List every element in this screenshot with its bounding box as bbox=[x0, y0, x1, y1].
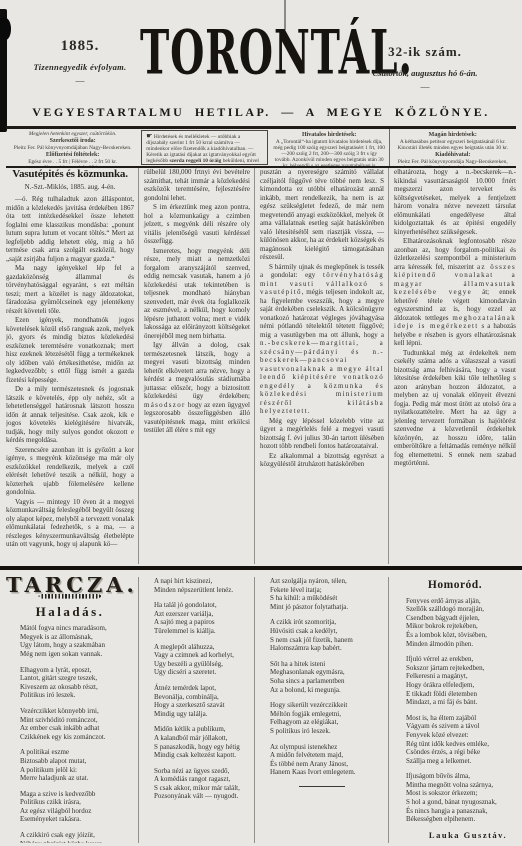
dash-ornament: — bbox=[24, 76, 136, 86]
poem-line: Politikus iró leszek. bbox=[20, 691, 134, 700]
subscription-prices-2: Negyed évre . . 1 frt 25 kr. bbox=[9, 165, 136, 166]
poem-line: Halomszámra kap babért. bbox=[270, 644, 384, 653]
body-text: De a mily természetesnek és jogosnak lát… bbox=[6, 385, 134, 444]
poem-line: Politikus czikk irásra, bbox=[20, 798, 134, 807]
body-text: pusztán a nyereségre számitó vállalat cz… bbox=[260, 168, 384, 261]
feuilleton-divider-rule bbox=[0, 566, 522, 570]
poem-line: Vezérczikket könnyebb irni, bbox=[20, 707, 134, 716]
article-paragraph: Vagyis — mintegy 10 éven át a megyei köz… bbox=[6, 498, 134, 549]
poem-line: Hogy órákra elfeledjem, bbox=[406, 681, 516, 690]
article-paragraph: S bármily ujnak és meglepőnek is tessék … bbox=[260, 263, 384, 416]
poem-line: Mindazt, a mi fáj és bánt. bbox=[406, 698, 516, 707]
poem-line: Békességben elpihenem. bbox=[406, 815, 516, 824]
subscription-label: Előfizetési föltételek: bbox=[9, 152, 136, 158]
feuilleton-column-3: Azt szolgálja nyáron, télen,Fekete lével… bbox=[254, 577, 384, 843]
masthead-right: 32-ik szám. Csütörtök, augusztus hó 6-án… bbox=[340, 44, 510, 92]
poem-line: És a lombok közt, tövisében, bbox=[406, 631, 516, 640]
info-cell-subscription: Megjelen hetenkint egyszer, csütörtökön.… bbox=[6, 129, 139, 166]
emphasized-text: másodszor bbox=[144, 401, 186, 409]
poem-line: A politikum jelöl ki: bbox=[20, 766, 134, 775]
poem-line: Mint jó pásztor folytathatja. bbox=[270, 603, 384, 612]
private-ads-text: A kéthasábos petitsor egyszeri beigtatás… bbox=[393, 139, 513, 151]
poem-line: Felhagyom az elégiákat, bbox=[270, 718, 384, 727]
article-paragraph: Igy állván a dolog, csak természetesnek … bbox=[144, 341, 250, 435]
masthead-info-bar: Megjelen hetenkint egyszer, csütörtökön.… bbox=[6, 126, 516, 168]
poem-line: Pozsonyának vált — nyugodt. bbox=[154, 792, 250, 801]
poem-line: A midőn felvétetem majd, bbox=[270, 751, 384, 760]
body-text: Ma nagy igényekkel lép fel a gazdaközöns… bbox=[6, 264, 134, 315]
poem-stanza: A czikkiró csak egy jóizüt,Néhány phrázi… bbox=[20, 831, 134, 843]
poem-line: És nincs hangja a panasznak, bbox=[406, 807, 516, 816]
poem-line: Most is sokszor érkezem; bbox=[406, 789, 516, 798]
poem-stanza: Midőn kétlik a publikum,A kalandból már … bbox=[154, 725, 250, 759]
poem-line: Meghasonlanak egymásra, bbox=[270, 668, 384, 677]
poem-line: Bevonálja, combinálja, bbox=[154, 693, 250, 702]
poem-line: A kalandból már jóllakott, bbox=[154, 734, 250, 743]
article-paragraph: Ezen igények, mondhatnók jogos követelés… bbox=[6, 316, 134, 384]
poem-line: Rég tünt idők kedves emléke, bbox=[406, 740, 516, 749]
poem-line: Kiveszem az okosabb részt, bbox=[20, 683, 134, 692]
article-paragraph: S im érkeztünk meg azon pontra, hol a kö… bbox=[144, 203, 250, 246]
official-ads-label: Hivatalos hirdetések: bbox=[273, 132, 386, 138]
body-text: Még egy lépéssel közelebb vitte az ügyet… bbox=[260, 417, 384, 451]
poem-stanza: A politikai eszmeBiztosabb alapot mutat,… bbox=[20, 748, 134, 782]
article-paragraph: Szerencsére azonban itt is győzött a kor… bbox=[6, 446, 134, 497]
editorial-office-text: Pleitz Fer. Pál könyvnyomdájában Nagy-Be… bbox=[9, 145, 136, 151]
editorial-office-label: Szerkesztői iroda: bbox=[9, 138, 136, 144]
poem-line: S nem csak jól fizetik, hanem bbox=[270, 636, 384, 645]
body-text: Ismeretes, hogy megyénk déli része, mely… bbox=[144, 247, 250, 340]
article-paragraph: elhatározta, hogy a n.-becskerek—n.-kiki… bbox=[394, 168, 516, 236]
poem-line: Soha sincs a parlamentben bbox=[270, 677, 384, 686]
poem-line: Mindig ugy találja. bbox=[154, 710, 250, 719]
poem-line: Fekete lével itatja; bbox=[270, 586, 384, 595]
newspaper-page: 1885. Tizennegyedik évfolyam. — TORONTÁL… bbox=[0, 0, 522, 846]
masthead: 1885. Tizennegyedik évfolyam. — TORONTÁL… bbox=[0, 4, 522, 126]
poem-line: Hogy a szerkesztő szavát bbox=[154, 701, 250, 710]
poem-line: Az ember csak inkább adhat bbox=[20, 724, 134, 733]
body-text: Vagyis — mintegy 10 éven át a megyei köz… bbox=[6, 498, 134, 549]
private-ads-label: Magán hirdetések: bbox=[393, 132, 513, 138]
poem-line: E tikkadt földi életemben bbox=[406, 690, 516, 699]
poem-line: Megyek is az állomásnak, bbox=[20, 633, 134, 642]
poem-line: Mintha megnőtt volna szárnya, bbox=[406, 781, 516, 790]
poem-stanza: Sorba nézi az ügyes szedő,A komédiás ran… bbox=[154, 767, 250, 801]
poem-line: Ugy látom, hogy a szakmában bbox=[20, 641, 134, 650]
poem-stanza: Az olympusi istenekhezA midőn felvétetem… bbox=[270, 743, 384, 777]
pointing-hand-icon: ☛ bbox=[146, 132, 152, 140]
poem-line: Hogy sikerült vezérczikkeit bbox=[270, 701, 384, 710]
poem-line: Hanem Kaas Ivort emlegetem. bbox=[270, 768, 384, 777]
poem-signature: Lauka Gusztáv. bbox=[394, 831, 516, 840]
poem-line: Sőt ha a hitek isteni bbox=[270, 660, 384, 669]
article-paragraph: Ismeretes, hogy megyénk déli része, mely… bbox=[144, 247, 250, 341]
poem-line: S hol a gond, bánat nyugosznak, bbox=[406, 798, 516, 807]
poem-line: Fenyvek közé elvezet: bbox=[406, 731, 516, 740]
article-paragraph: Ma nagy igényekkel lép fel a gazdaközöns… bbox=[6, 264, 134, 315]
poem-stanza: Mától fogva nincs maradásom,Megyek is az… bbox=[20, 624, 134, 658]
poem-stanza: Fenyves erdő árnyas alján,Szellők szálld… bbox=[406, 597, 516, 649]
poem-line: Ha talál jó gondolatot, bbox=[154, 601, 250, 610]
body-text: elhatározta, hogy a n.-becskerek—n.-kiki… bbox=[394, 168, 516, 236]
poem-line: Minden népszerütlent lenéz. bbox=[154, 586, 250, 595]
poem-line: Lantot, gitárt szegre teszek, bbox=[20, 674, 134, 683]
poem-title: Homoród. bbox=[394, 581, 516, 590]
poem-line: Merre haladjunk az utat. bbox=[20, 774, 134, 783]
feuilleton-section: TÁRCZA.Haladás.Mától fogva nincs maradás… bbox=[6, 577, 516, 843]
body-text: , mégis teljesen indokolt az, ha figyele… bbox=[260, 288, 384, 339]
poem-line: S ha kihül: a működését bbox=[270, 594, 384, 603]
info-cell-official-ads: Hivatalos hirdetések: A „Torontál“-ba ig… bbox=[270, 129, 390, 166]
poem-line: A napi hirt kiszinezi, bbox=[154, 577, 250, 586]
poem-stanza: Elhagyom a lyrát, eposzt,Lantot, gitárt … bbox=[20, 666, 134, 700]
poem-stanza: Azt szolgálja nyáron, télen,Fekete lével… bbox=[270, 577, 384, 611]
poem-stanza: A napi hirt kiszinezi,Minden népszerütle… bbox=[154, 577, 250, 594]
newspaper-subtitle: VEGYESTARTALMU HETILAP. — A MEGYE KÖZLÖN… bbox=[0, 105, 522, 120]
poem-stanza: A meglepőt aláhuzza,Vagy a czimnek ad ko… bbox=[154, 643, 250, 677]
article-column-1: Vasutépités és közmunka. N.-Szt.-Miklós,… bbox=[6, 168, 134, 564]
poem-line: Vágyam és szivem a távol bbox=[406, 722, 516, 731]
emphasized-text: n.-becskerek—margittai, a szécsány—párdá… bbox=[260, 339, 384, 415]
poem-line: Ugy dicséri a szeretet. bbox=[154, 668, 250, 677]
poem-line: Méltón fogják emlegetni, bbox=[270, 710, 384, 719]
poem-line: Még nem igen sokan vannak. bbox=[20, 650, 134, 659]
article-column-2: rülbelül 180,000 frtnyi évi bevételre sz… bbox=[138, 168, 250, 564]
article-paragraph: Ez alkalommal a bizottság egyrészt a köz… bbox=[260, 452, 384, 469]
poem-line: Mától fogva nincs maradásom, bbox=[20, 624, 134, 633]
poem-line: A czikkiró csak egy jóizüt, bbox=[20, 831, 134, 840]
poem-line: Czikkének egy kis zománczot. bbox=[20, 733, 134, 742]
article-paragraph: pusztán a nyereségre számitó vállalat cz… bbox=[260, 168, 384, 262]
poem-line: Elhagyom a lyrát, eposzt, bbox=[20, 666, 134, 675]
article-column-3: pusztán a nyereségre számitó vállalat cz… bbox=[254, 168, 384, 564]
article-paragraph: Elhatározásoknak legfontosabb része azon… bbox=[394, 237, 516, 348]
article-column-4: elhatározta, hogy a n.-becskerek—n.-kiki… bbox=[388, 168, 516, 564]
poem-line: Szellők szálldogó morajján, bbox=[406, 605, 516, 614]
poem-line: Sokszor jártam rejtekedben, bbox=[406, 664, 516, 673]
poem-line: Mindig csak keltezést kapott. bbox=[154, 751, 250, 760]
article-paragraph: rülbelül 180,000 frtnyi évi bevételre sz… bbox=[144, 168, 250, 202]
poem-line: S politikus iró leszek. bbox=[270, 727, 384, 736]
poem-stanza: Átnéz temérdek lapot,Bevonálja, combinál… bbox=[154, 684, 250, 718]
feuilleton-column-4: Homoród.Fenyves erdő árnyas alján,Szellő… bbox=[388, 577, 516, 843]
poem-line: Ugy beszéli a gyülölség, bbox=[154, 660, 250, 669]
publish-frequency-note: Megjelen hetenkint egyszer, csütörtökön. bbox=[9, 131, 136, 137]
poem-stanza: Vezérczikket könnyebb irni,Mint szivhódi… bbox=[20, 707, 134, 741]
info-cell-publisher: Magán hirdetések: A kéthasábos petitsor … bbox=[390, 129, 516, 166]
issue-number: 32-ik szám. bbox=[340, 44, 510, 60]
poem-line: S panaszkodik, hogy egy hétig bbox=[154, 743, 250, 752]
article-paragraph: De a mily természetesnek és jogosnak lát… bbox=[6, 385, 134, 445]
publisher-label: Kiadóhivatal: bbox=[393, 152, 513, 158]
poem-line: Hüvösiti csak a kedélyt, bbox=[270, 627, 384, 636]
poem-line: Átnéz temérdek lapot, bbox=[154, 684, 250, 693]
poem-line: Sorba nézi az ügyes szedő, bbox=[154, 767, 250, 776]
article-paragraph: Még egy lépéssel közelebb vitte az ügyet… bbox=[260, 417, 384, 451]
feuilleton-column-2: A napi hirt kiszinezi,Minden népszerütle… bbox=[138, 577, 250, 843]
poem-line: Az a bolond, ki megunja. bbox=[270, 686, 384, 695]
body-text: Tudtunkkal még az érdekeltek nem csekély… bbox=[394, 349, 516, 468]
poem-line: Csendben bágyadt éjjelen, bbox=[406, 614, 516, 623]
info-cell-advertisements: ☛ Hirdetések és mellékletek — utóbbiak a… bbox=[141, 130, 268, 165]
poem-line: Midőn kétlik a publikum, bbox=[154, 725, 250, 734]
article-paragraph: —ó. Rég tulhaladtuk azon álláspontot, mi… bbox=[6, 195, 134, 263]
poem-line: Biztosabb alapot mutat, bbox=[20, 757, 134, 766]
article-title: Vasutépités és közmunka. bbox=[6, 170, 134, 179]
poem-line: A meglepőt aláhuzza, bbox=[154, 643, 250, 652]
poem-line: Ifjuságom bűvös álma, bbox=[406, 772, 516, 781]
poem-stanza: Hogy sikerült vezérczikkeitMéltón fogják… bbox=[270, 701, 384, 735]
poem-line: S csak akkor, mikor már talált, bbox=[154, 784, 250, 793]
poem-stanza: Ha talál jó gondolatot,Azt ezerszer vari… bbox=[154, 601, 250, 635]
poem-stanza: Ifjuságom bűvös álma,Mintha megnőtt voln… bbox=[406, 772, 516, 824]
poem-stanza: A czikk irót szomoritja,Hüvösiti csak a … bbox=[270, 618, 384, 652]
end-rule bbox=[299, 786, 345, 787]
article-paragraph: Tudtunkkal még az érdekeltek nem csekély… bbox=[394, 349, 516, 468]
poem-line: A komédiás rangot ragaszt, bbox=[154, 775, 250, 784]
poem-title: Haladás. bbox=[6, 608, 134, 617]
issue-date: Csütörtök, augusztus hó 6-án. bbox=[340, 68, 510, 78]
tarcza-header: TÁRCZA. bbox=[6, 581, 134, 590]
poem-line: Csöndes érzés, a régi béke bbox=[406, 748, 516, 757]
poem-line: Fenyves erdő árnyas alján, bbox=[406, 597, 516, 606]
body-text: S im érkeztünk meg azon pontra, hol a kö… bbox=[144, 203, 250, 245]
poem-line: Ifjuló vérrel az erekben, bbox=[406, 655, 516, 664]
poem-stanza: Maga a szive is kedvezőbbPolitikus czikk… bbox=[20, 790, 134, 824]
poem-line: Most is, ha éltem zajából bbox=[406, 714, 516, 723]
poem-stanza: Sőt ha a hitek isteniMeghasonlanak egymá… bbox=[270, 660, 384, 694]
poem-line: Néhány phrázist közbe kever, bbox=[20, 840, 134, 843]
dash-ornament: — bbox=[340, 82, 510, 92]
poem-line: Az egész világból hordoz bbox=[20, 807, 134, 816]
poem-line: Azt ezerszer variálja, bbox=[154, 610, 250, 619]
body-text: rülbelül 180,000 frtnyi évi bevételre sz… bbox=[144, 168, 250, 202]
poem-line: A politikai eszme bbox=[20, 748, 134, 757]
body-text: Igy állván a dolog, csak természetesnek … bbox=[144, 341, 250, 400]
poem-stanza: Ifjuló vérrel az erekben,Sokszor jártam … bbox=[406, 655, 516, 707]
publisher-text: Pleitz Fer. Pál könyvnyomdája Nagy-Becsk… bbox=[393, 159, 513, 166]
article-dateline: N.-Szt.-Miklós, 1885. aug. 4-én. bbox=[6, 183, 134, 192]
poem-line: Az olympusi istenekhez bbox=[270, 743, 384, 752]
official-ads-text: A „Torontál“-ba igtatott hivatalos hirde… bbox=[273, 139, 386, 166]
body-text: Ez alkalommal a bizottság egyrészt a köz… bbox=[260, 452, 384, 469]
poem-line: Türelemmel is kiállja. bbox=[154, 627, 250, 636]
poem-line: Minden álmodón pihen. bbox=[406, 640, 516, 649]
poem-line: Mint szivhóditó románczot, bbox=[20, 716, 134, 725]
poem-line: Szállja meg a lelkemet. bbox=[406, 757, 516, 766]
poem-line: Vagy a czimnek ad korhelyt, bbox=[154, 651, 250, 660]
poem-line: A czikk irót szomoritja, bbox=[270, 618, 384, 627]
tarcza-ornament bbox=[38, 594, 102, 599]
body-text: Ezen igények, mondhatnók jogos követelés… bbox=[6, 316, 134, 384]
poem-line: Maga a szive is kedvezőbb bbox=[20, 790, 134, 799]
poem-line: Mikor bokrok rejtekében, bbox=[406, 622, 516, 631]
poem-line: És többé nem Arany Jánost, bbox=[270, 760, 384, 769]
poem-line: Azt szolgálja nyáron, télen, bbox=[270, 577, 384, 586]
body-text: —ó. Rég tulhaladtuk azon álláspontot, mi… bbox=[6, 195, 134, 263]
poem-line: A sajtó meg a papiros bbox=[154, 618, 250, 627]
poem-line: Eseményeket rakásra. bbox=[20, 815, 134, 824]
body-text: Szerencsére azonban itt is győzött a kor… bbox=[6, 446, 134, 497]
poem-stanza: Most is, ha éltem zajábólVágyam és szive… bbox=[406, 714, 516, 766]
feuilleton-column-1: TÁRCZA.Haladás.Mától fogva nincs maradás… bbox=[6, 577, 134, 843]
main-article-section: Vasutépités és közmunka. N.-Szt.-Miklós,… bbox=[6, 168, 516, 564]
poem-line: Felkeresni a magányt, bbox=[406, 672, 516, 681]
